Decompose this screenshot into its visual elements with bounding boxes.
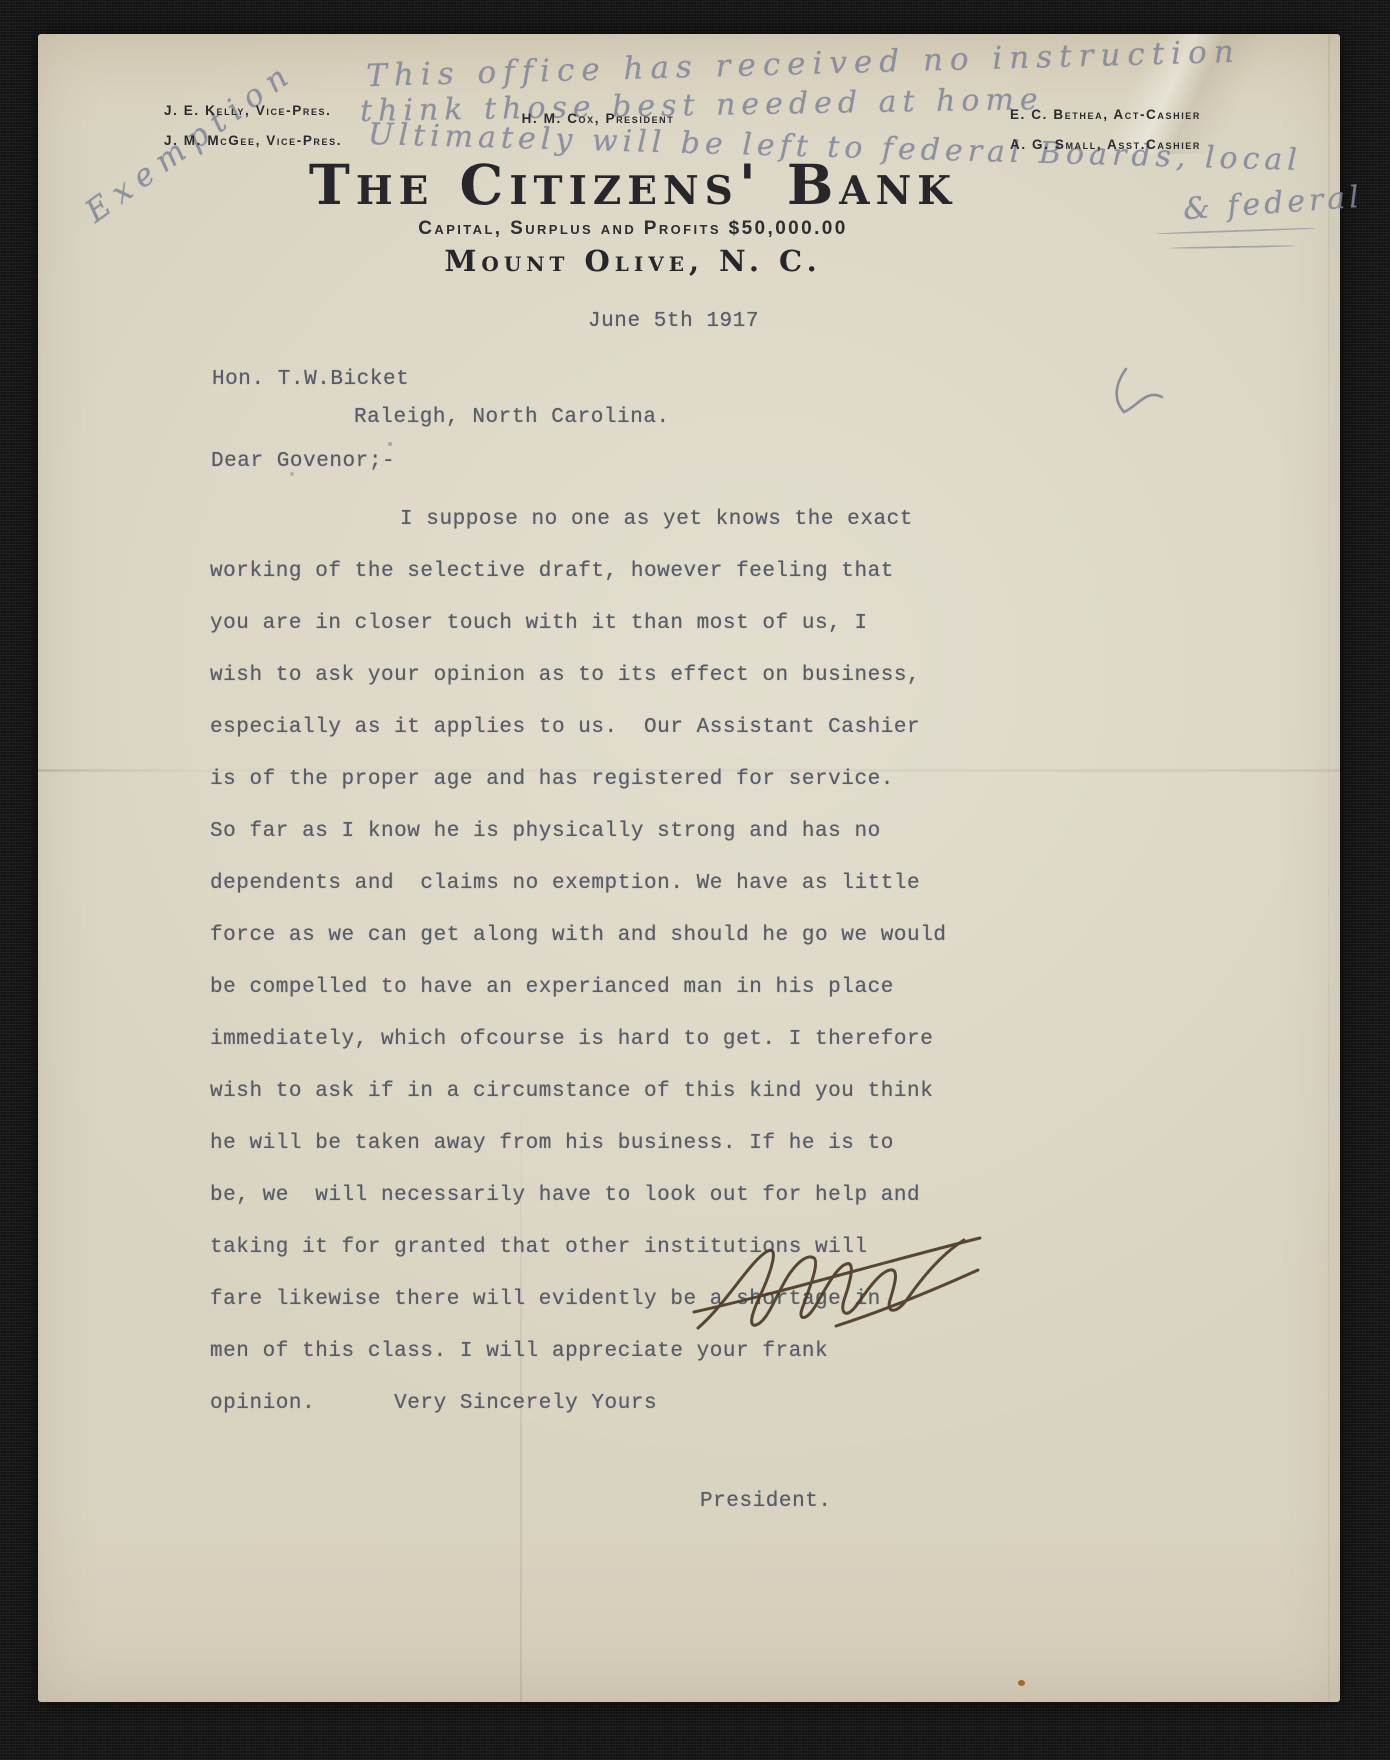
body-line: dependents and claims no exemption. We h… xyxy=(210,858,1030,910)
officer-name: E. C. Bethea, Act-Cashier xyxy=(1010,100,1201,130)
body-line: I suppose no one as yet knows the exact xyxy=(210,494,1030,546)
date-line: June 5th 1917 xyxy=(588,310,759,333)
body-line: working of the selective draft, however … xyxy=(210,546,1030,598)
rust-speck xyxy=(1018,1680,1025,1686)
body-line: be compelled to have an experianced man … xyxy=(210,962,1030,1014)
officer-name: H. M. Cox, President xyxy=(468,104,728,134)
body-line: force as we can get along with and shoul… xyxy=(210,910,1030,962)
body-line: he will be taken away from his business.… xyxy=(210,1118,1030,1170)
body-line: wish to ask if in a circumstance of this… xyxy=(210,1066,1030,1118)
capital-line: Capital, Surplus and Profits $50,000.00 xyxy=(38,218,1228,240)
officers-left-block: J. E. Kelly, Vice-Pres. J. M. McGee, Vic… xyxy=(164,96,342,156)
body-line: wish to ask your opinion as to its effec… xyxy=(210,650,1030,702)
signature-scrawl xyxy=(686,1230,986,1350)
recipient-line: Hon. T.W.Bicket xyxy=(212,368,409,391)
body-line: opinion. Very Sincerely Yours xyxy=(210,1378,1030,1430)
location-line: Mount Olive, N. C. xyxy=(38,244,1228,278)
signature-title: President. xyxy=(700,1490,832,1513)
body-line: be, we will necessarily have to look out… xyxy=(210,1170,1030,1222)
body-line: especially as it applies to us. Our Assi… xyxy=(210,702,1030,754)
officer-center-block: H. M. Cox, President xyxy=(468,104,728,134)
bank-name: The Citizens' Bank xyxy=(38,152,1228,217)
pencil-check-mark xyxy=(1110,366,1170,421)
officers-right-block: E. C. Bethea, Act-Cashier A. G. Small, A… xyxy=(1010,100,1201,160)
recipient-city-line: Raleigh, North Carolina. xyxy=(354,406,670,429)
body-line: you are in closer touch with it than mos… xyxy=(210,598,1030,650)
letter-paper: This office has received no instruction … xyxy=(38,34,1340,1702)
body-line: immediately, which ofcourse is hard to g… xyxy=(210,1014,1030,1066)
body-line: So far as I know he is physically strong… xyxy=(210,806,1030,858)
officer-name: J. E. Kelly, Vice-Pres. xyxy=(164,96,342,126)
stray-type-dot xyxy=(388,442,392,446)
body-line: is of the proper age and has registered … xyxy=(210,754,1030,806)
fold-crease-right-edge xyxy=(1328,34,1330,1702)
salutation: Dear Govenor;- xyxy=(211,450,395,473)
